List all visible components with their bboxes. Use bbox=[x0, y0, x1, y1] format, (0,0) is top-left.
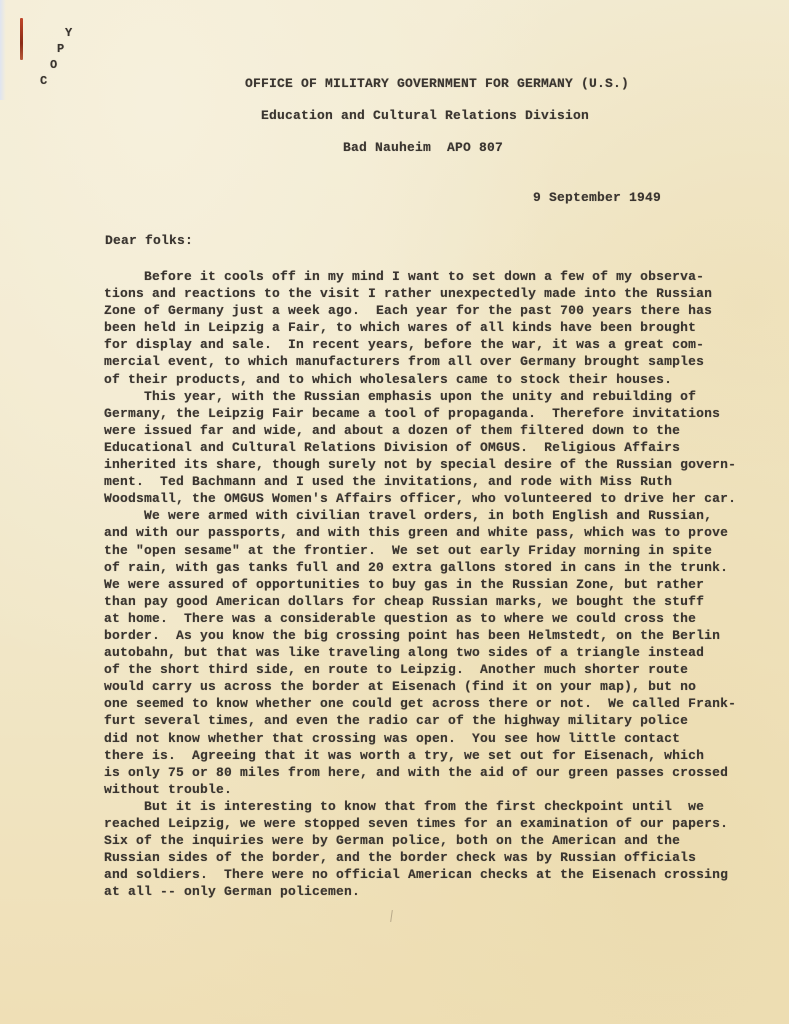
text-line: at home. There was a considerable questi… bbox=[104, 610, 754, 627]
text-line: Before it cools off in my mind I want to… bbox=[104, 268, 754, 285]
text-line: Zone of Germany just a week ago. Each ye… bbox=[104, 302, 754, 319]
salutation: Dear folks: bbox=[105, 233, 193, 248]
text-line: We were assured of opportunities to buy … bbox=[104, 576, 754, 593]
text-line: ment. Ted Bachmann and I used the invita… bbox=[104, 473, 754, 490]
letter-date: 9 September 1949 bbox=[533, 190, 661, 205]
text-line: for display and sale. In recent years, b… bbox=[104, 336, 754, 353]
text-line: inherited its share, though surely not b… bbox=[104, 456, 754, 473]
text-line: border. As you know the big crossing poi… bbox=[104, 627, 754, 644]
text-line: furt several times, and even the radio c… bbox=[104, 712, 754, 729]
text-line: autobahn, but that was like traveling al… bbox=[104, 644, 754, 661]
text-line: without trouble. bbox=[104, 781, 754, 798]
text-line: were issued far and wide, and about a do… bbox=[104, 422, 754, 439]
copy-stamp-letter: Y bbox=[65, 26, 72, 40]
copy-stamp-letter: P bbox=[57, 42, 64, 56]
text-line: Russian sides of the border, and the bor… bbox=[104, 849, 754, 866]
letterhead-location: Bad Nauheim APO 807 bbox=[343, 140, 503, 155]
paragraph: This year, with the Russian emphasis upo… bbox=[104, 388, 754, 508]
paragraph: Before it cools off in my mind I want to… bbox=[104, 268, 754, 388]
text-line: and with our passports, and with this gr… bbox=[104, 524, 754, 541]
text-line: the "open sesame" at the frontier. We se… bbox=[104, 542, 754, 559]
pencil-tick-mark bbox=[390, 910, 393, 922]
copy-stamp-letter: C bbox=[40, 74, 47, 88]
letterhead-division: Education and Cultural Relations Divisio… bbox=[261, 108, 589, 123]
text-line: did not know whether that crossing was o… bbox=[104, 730, 754, 747]
text-line: This year, with the Russian emphasis upo… bbox=[104, 388, 754, 405]
text-line: at all -- only German policemen. bbox=[104, 883, 754, 900]
text-line: reached Leipzig, we were stopped seven t… bbox=[104, 815, 754, 832]
paragraph: But it is interesting to know that from … bbox=[104, 798, 754, 901]
document-page: C O P Y OFFICE OF MILITARY GOVERNMENT FO… bbox=[0, 0, 789, 1024]
text-line: been held in Leipzig a Fair, to which wa… bbox=[104, 319, 754, 336]
text-line: would carry us across the border at Eise… bbox=[104, 678, 754, 695]
text-line: We were armed with civilian travel order… bbox=[104, 507, 754, 524]
text-line: of the short third side, en route to Lei… bbox=[104, 661, 754, 678]
text-line: of rain, with gas tanks full and 20 extr… bbox=[104, 559, 754, 576]
text-line: than pay good American dollars for cheap… bbox=[104, 593, 754, 610]
copy-stamp-letter: O bbox=[50, 58, 57, 72]
text-line: one seemed to know whether one could get… bbox=[104, 695, 754, 712]
text-line: But it is interesting to know that from … bbox=[104, 798, 754, 815]
text-line: tions and reactions to the visit I rathe… bbox=[104, 285, 754, 302]
text-line: and soldiers. There were no official Ame… bbox=[104, 866, 754, 883]
page-edge-shadow bbox=[0, 0, 6, 100]
text-line: Woodsmall, the OMGUS Women's Affairs off… bbox=[104, 490, 754, 507]
letter-body: Before it cools off in my mind I want to… bbox=[104, 268, 754, 900]
text-line: Germany, the Leipzig Fair became a tool … bbox=[104, 405, 754, 422]
text-line: is only 75 or 80 miles from here, and wi… bbox=[104, 764, 754, 781]
text-line: Educational and Cultural Relations Divis… bbox=[104, 439, 754, 456]
text-line: of their products, and to which wholesal… bbox=[104, 371, 754, 388]
red-pencil-mark bbox=[20, 18, 23, 60]
text-line: mercial event, to which manufacturers fr… bbox=[104, 353, 754, 370]
paragraph: We were armed with civilian travel order… bbox=[104, 507, 754, 798]
text-line: there is. Agreeing that it was worth a t… bbox=[104, 747, 754, 764]
letterhead-office: OFFICE OF MILITARY GOVERNMENT FOR GERMAN… bbox=[245, 76, 629, 91]
text-line: Six of the inquiries were by German poli… bbox=[104, 832, 754, 849]
